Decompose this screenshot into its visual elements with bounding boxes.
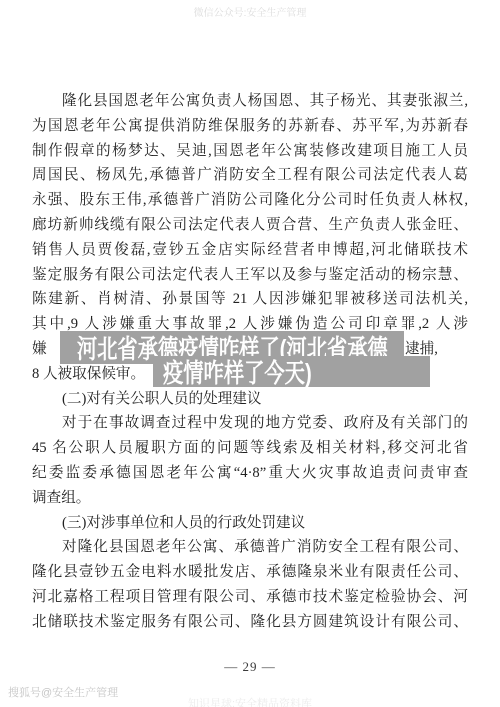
- text-line: 制作假章的杨梦达、吴迪,国恩老年公寓装修改建项目施工人员: [32, 139, 468, 164]
- text-line: 永强、股东王伟,承德普广消防公司隆化分公司时任负责人林权,: [32, 188, 468, 213]
- text-line: 销售人员贾俊磊,壹钞五金店实际经营者申博超,河北储联技术: [32, 238, 468, 263]
- text-line: 对于在事故调查过程中发现的地方党委、政府及有关部门的: [32, 411, 468, 436]
- watermark-top: 微信公众号:安全生产管理: [194, 4, 307, 19]
- text-line: 陈建新、肖树清、孙景国等 21 人因涉嫌犯罪被移送司法机关,: [32, 287, 468, 312]
- overlay-title-line2: 疫情咋样了今天): [153, 356, 430, 387]
- text-line: 北储联技术鉴定服务有限公司、隆化县方圆建筑设计有限公司、: [32, 610, 468, 635]
- text-line: 45 名公职人员履职方面的问题等线索及相关材料,移交河北省: [32, 436, 468, 461]
- covered-line-left-fragment: 嫌: [32, 337, 47, 362]
- document-page: 微信公众号:安全生产管理 隆化县国恩老年公寓负责人杨国恩、其子杨光、其妻张淑兰,…: [0, 0, 500, 707]
- text-line: 隆化县壹钞五金电料水暖批发店、承德隆泉米业有限责任公司、: [32, 560, 468, 585]
- text-line: 调查组。: [32, 486, 468, 511]
- text-line: 鉴定服务有限公司法定代表人王军以及参与鉴定活动的杨宗慧、: [32, 263, 468, 288]
- text-line: 对隆化县国恩老年公寓、承德普广消防安全工程有限公司、: [32, 535, 468, 560]
- text-line: 为国恩老年公寓提供消防维保服务的苏新春、苏平军,为苏新春: [32, 114, 468, 139]
- text-line: 周国民、杨凤先,承德普广消防安全工程有限公司法定代表人葛: [32, 163, 468, 188]
- text-line: 廊坊新帅线缆有限公司法定代表人贾合营、生产负责人张金旺、: [32, 213, 468, 238]
- text-line: (三)对涉事单位和人员的行政处罚建议: [32, 511, 468, 536]
- text-line: 纪委监委承德国恩老年公寓“4·8”重大火灾事故追责问责审查: [32, 461, 468, 486]
- text-line: 隆化县国恩老年公寓负责人杨国恩、其子杨光、其妻张淑兰,: [32, 89, 468, 114]
- watermark-bottom-left: 搜狐号@安全生产管理: [8, 684, 118, 700]
- overlay-title-line2-text: 疫情咋样了今天): [163, 353, 312, 390]
- page-number: — 29 —: [224, 659, 276, 675]
- text-line: (二)对有关公职人员的处理建议: [32, 387, 468, 412]
- text-line: 河北嘉格工程项目管理有限公司、承德市技术鉴定检验协会、河: [32, 585, 468, 610]
- watermark-bottom-center: 知识星球:安全精品资料库: [188, 695, 312, 707]
